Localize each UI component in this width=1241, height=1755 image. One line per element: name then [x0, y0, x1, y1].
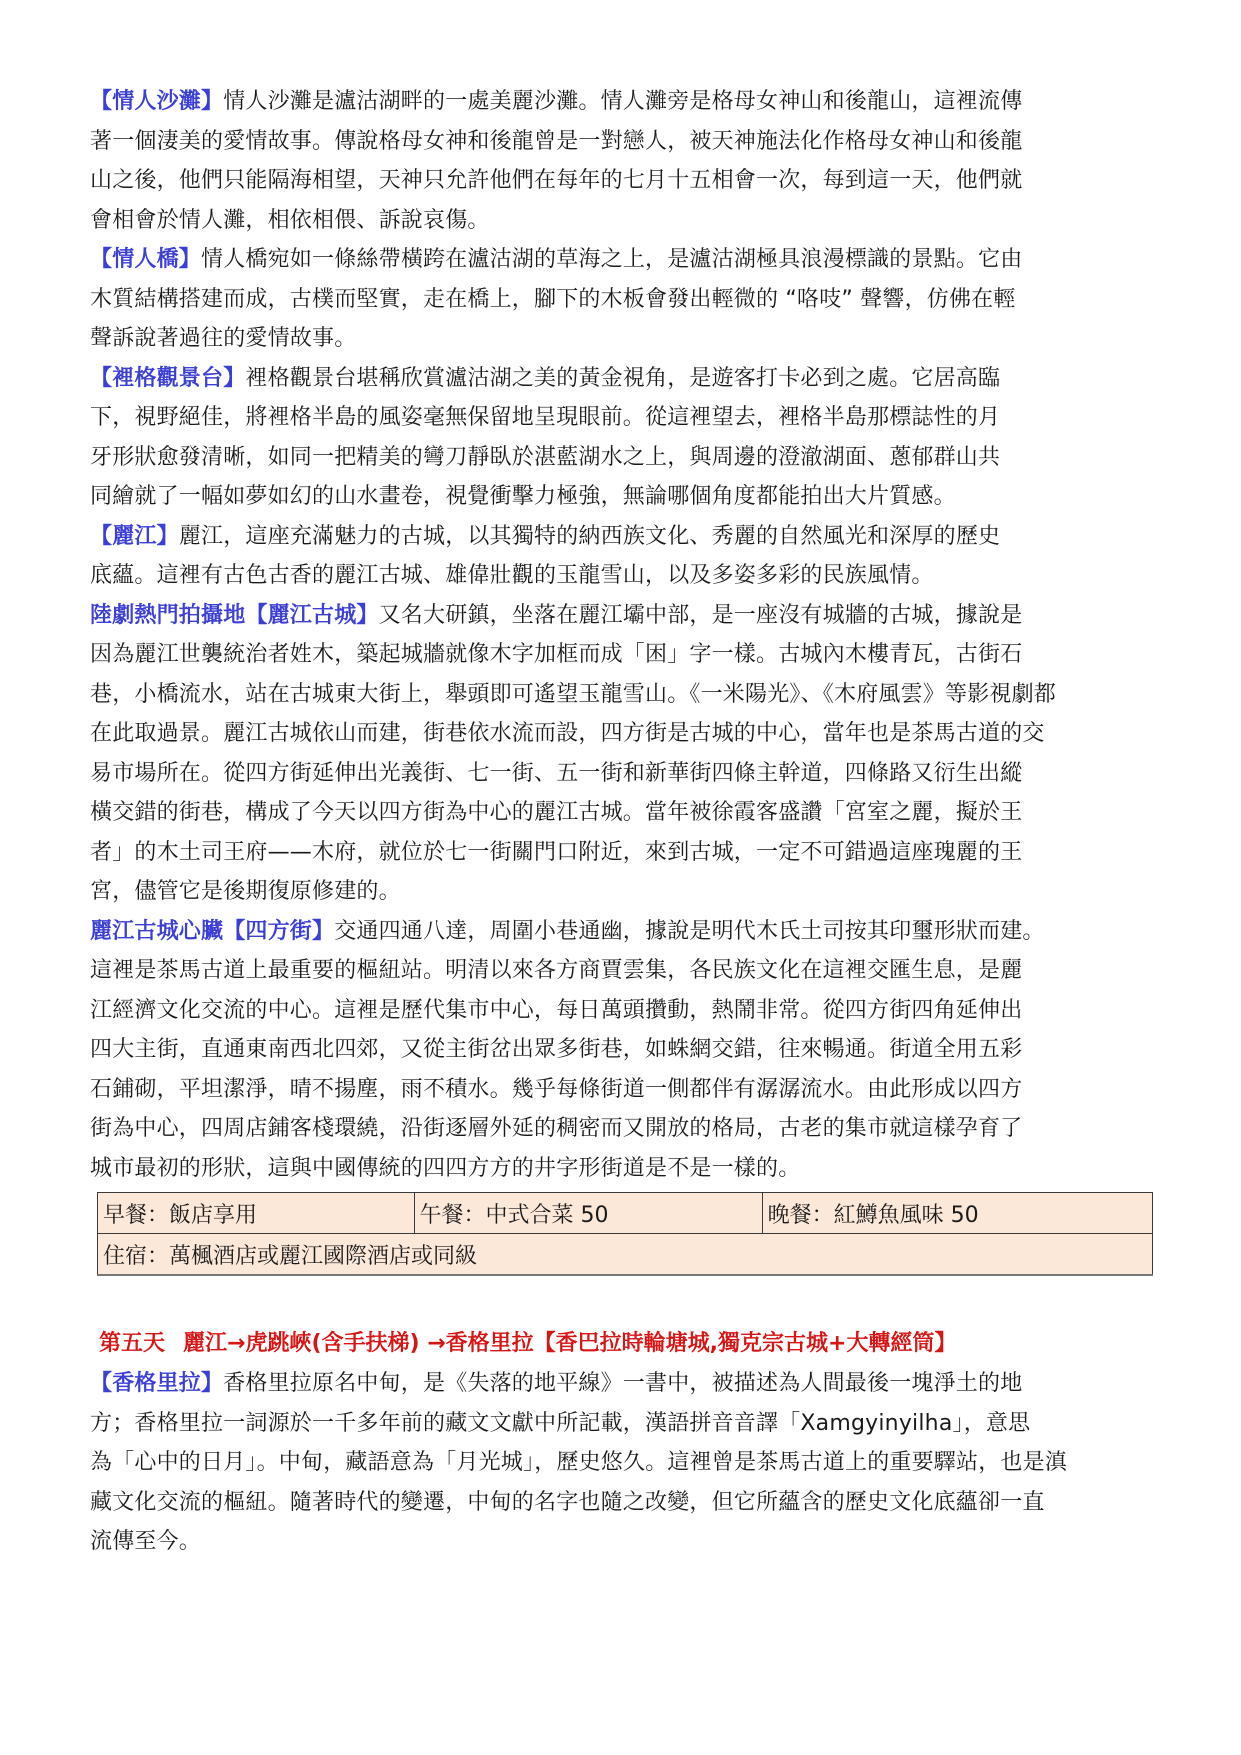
document-page: 【情人沙灘】情人沙灘是瀘沽湖畔的一處美麗沙灘。情人灘旁是格母女神山和後龍山，這裡… — [90, 82, 1170, 1562]
text-line: 藏文化交流的樞紐。隨著時代的變遷，中甸的名字也隨之改變，但它所蘊含的歷史文化底蘊… — [90, 1483, 1170, 1523]
text-line: 底蘊。這裡有古色古香的麗江古城、雄偉壯觀的玉龍雪山，以及多姿多彩的民族風情。 — [90, 556, 1170, 596]
text-line: 巷，小橋流水，站在古城東大街上，舉頭即可遙望玉龍雪山。《一米陽光》、《木府風雲》… — [90, 675, 1170, 715]
text-line: 易市場所在。從四方街延伸出光義街、七一街、五一街和新華街四條主幹道，四條路又衍生… — [90, 754, 1170, 794]
text-line: 著一個淒美的愛情故事。傳說格母女神和後龍曾是一對戀人，被天神施法化作格母女神山和… — [90, 122, 1170, 162]
breakfast-cell: 早餐：飯店享用 — [98, 1193, 415, 1234]
text-line: 街為中心，四周店鋪客棧環繞，沿街逐層外延的稠密而又開放的格局，古老的集市就這樣孕… — [90, 1109, 1170, 1149]
day-route: 麗江→虎跳峽(含手扶梯) →香格里拉【香巴拉時輪塘城,獨克宗古城+大轉經筒】 — [183, 1331, 956, 1356]
meals-row: 早餐：飯店享用 午餐：中式合菜 50 晚餐：紅鱒魚風味 50 — [98, 1193, 1153, 1234]
text-line: 因為麗江世襲統治者姓木，築起城牆就像木字加框而成「困」字一樣。古城內木樓青瓦，古… — [90, 635, 1170, 675]
lodging-cell: 住宿：萬楓酒店或麗江國際酒店或同級 — [98, 1234, 1153, 1276]
text-line: 方；香格里拉一詞源於一千多年前的藏文文獻中所記載，漢語拼音音譯「Xamgyiny… — [90, 1404, 1170, 1444]
text-line: 又名大研鎮，坐落在麗江壩中部，是一座沒有城牆的古城，據說是 — [379, 603, 1023, 628]
text-line: 情人沙灘是瀘沽湖畔的一處美麗沙灘。情人灘旁是格母女神山和後龍山，這裡流傳 — [223, 89, 1022, 114]
dinner-cell: 晚餐：紅鱒魚風味 50 — [762, 1193, 1152, 1234]
text-line: 橫交錯的街巷，構成了今天以四方街為中心的麗江古城。當年被徐霞客盛讚「宮室之麗，擬… — [90, 793, 1170, 833]
lunch-cell: 午餐：中式合菜 50 — [414, 1193, 762, 1234]
text-line: 交通四通八達，周圍小巷通幽，據說是明代木氏土司按其印璽形狀而建。 — [334, 919, 1044, 944]
section-tag: 【香格里拉】 — [90, 1371, 223, 1396]
text-line: 山之後，他們只能隔海相望，天神只允許他們在每年的七月十五相會一次，每到這一天，他… — [90, 161, 1170, 201]
section-tag: 陸劇熱門拍攝地【麗江古城】 — [90, 603, 379, 628]
section-tag: 【情人沙灘】 — [90, 89, 223, 114]
text-line: 裡格觀景台堪稱欣賞瀘沽湖之美的黃金視角，是遊客打卡必到之處。它居高臨 — [245, 366, 1000, 391]
text-line: 者」的木土司王府——木府，就位於七一街關門口附近，來到古城，一定不可錯過這座瑰麗… — [90, 833, 1170, 873]
text-line: 情人橋宛如一條絲帶橫跨在瀘沽湖的草海之上，是瀘沽湖極具浪漫標識的景點。它由 — [201, 247, 1022, 272]
section-sifang-street: 麗江古城心臟【四方街】交通四通八達，周圍小巷通幽，據說是明代木氏土司按其印璽形狀… — [90, 912, 1170, 1189]
text-line: 牙形狀愈發清晰，如同一把精美的彎刀靜臥於湛藍湖水之上，與周邊的澄澈湖面、蔥郁群山… — [90, 438, 1170, 478]
day-label: 第五天 — [99, 1331, 165, 1356]
section-tag: 【情人橋】 — [90, 247, 201, 272]
text-line: 聲訴說著過往的愛情故事。 — [90, 319, 1170, 359]
text-line: 在此取過景。麗江古城依山而建，街巷依水流而設，四方街是古城的中心，當年也是茶馬古… — [90, 714, 1170, 754]
section-lijiang-old-town: 陸劇熱門拍攝地【麗江古城】又名大研鎮，坐落在麗江壩中部，是一座沒有城牆的古城，據… — [90, 596, 1170, 912]
text-line: 會相會於情人灘，相依相偎、訴說哀傷。 — [90, 201, 1170, 241]
section-tag: 麗江古城心臟【四方街】 — [90, 919, 334, 944]
day-heading: 第五天麗江→虎跳峽(含手扶梯) →香格里拉【香巴拉時輪塘城,獨克宗古城+大轉經筒… — [99, 1324, 1170, 1364]
lodging-row: 住宿：萬楓酒店或麗江國際酒店或同級 — [98, 1234, 1153, 1276]
section-tag: 【麗江】 — [90, 524, 179, 549]
text-line: 城市最初的形狀，這與中國傳統的四四方方的井字形街道是不是一樣的。 — [90, 1149, 1170, 1189]
text-line: 木質結構搭建而成，古樸而堅實，走在橋上，腳下的木板會發出輕微的 “咯吱” 聲響，… — [90, 280, 1170, 320]
text-line: 香格里拉原名中甸，是《失落的地平線》一書中，被描述為人間最後一塊淨土的地 — [223, 1371, 1022, 1396]
section-lover-bridge: 【情人橋】情人橋宛如一條絲帶橫跨在瀘沽湖的草海之上，是瀘沽湖極具浪漫標識的景點。… — [90, 240, 1170, 359]
text-line: 麗江，這座充滿魅力的古城，以其獨特的納西族文化、秀麗的自然風光和深厚的歷史 — [179, 524, 1000, 549]
text-line: 同繪就了一幅如夢如幻的山水畫卷，視覺衝擊力極強，無論哪個角度都能拍出大片質感。 — [90, 477, 1170, 517]
meals-table: 早餐：飯店享用 午餐：中式合菜 50 晚餐：紅鱒魚風味 50 住宿：萬楓酒店或麗… — [97, 1192, 1153, 1276]
section-lige-viewpoint: 【裡格觀景台】裡格觀景台堪稱欣賞瀘沽湖之美的黃金視角，是遊客打卡必到之處。它居高… — [90, 359, 1170, 517]
section-lover-beach: 【情人沙灘】情人沙灘是瀘沽湖畔的一處美麗沙灘。情人灘旁是格母女神山和後龍山，這裡… — [90, 82, 1170, 240]
text-line: 石鋪砌，平坦潔淨，晴不揚塵，雨不積水。幾乎每條街道一側都伴有潺潺流水。由此形成以… — [90, 1070, 1170, 1110]
text-line: 為「心中的日月」。中甸，藏語意為「月光城」，歷史悠久。這裡曾是茶馬古道上的重要驛… — [90, 1443, 1170, 1483]
section-tag: 【裡格觀景台】 — [90, 366, 245, 391]
section-shangri-la: 【香格里拉】香格里拉原名中甸，是《失落的地平線》一書中，被描述為人間最後一塊淨土… — [90, 1364, 1170, 1562]
text-line: 江經濟文化交流的中心。這裡是歷代集市中心，每日萬頭攢動，熱鬧非常。從四方街四角延… — [90, 991, 1170, 1031]
text-line: 流傳至今。 — [90, 1522, 1170, 1562]
text-line: 四大主街，直通東南西北四郊，又從主街岔出眾多街巷，如蛛網交錯，往來暢通。街道全用… — [90, 1030, 1170, 1070]
text-line: 這裡是茶馬古道上最重要的樞紐站。明清以來各方商賈雲集，各民族文化在這裡交匯生息，… — [90, 951, 1170, 991]
text-line: 宮，儘管它是後期復原修建的。 — [90, 872, 1170, 912]
section-lijiang: 【麗江】麗江，這座充滿魅力的古城，以其獨特的納西族文化、秀麗的自然風光和深厚的歷… — [90, 517, 1170, 596]
text-line: 下，視野絕佳，將裡格半島的風姿毫無保留地呈現眼前。從這裡望去，裡格半島那標誌性的… — [90, 398, 1170, 438]
